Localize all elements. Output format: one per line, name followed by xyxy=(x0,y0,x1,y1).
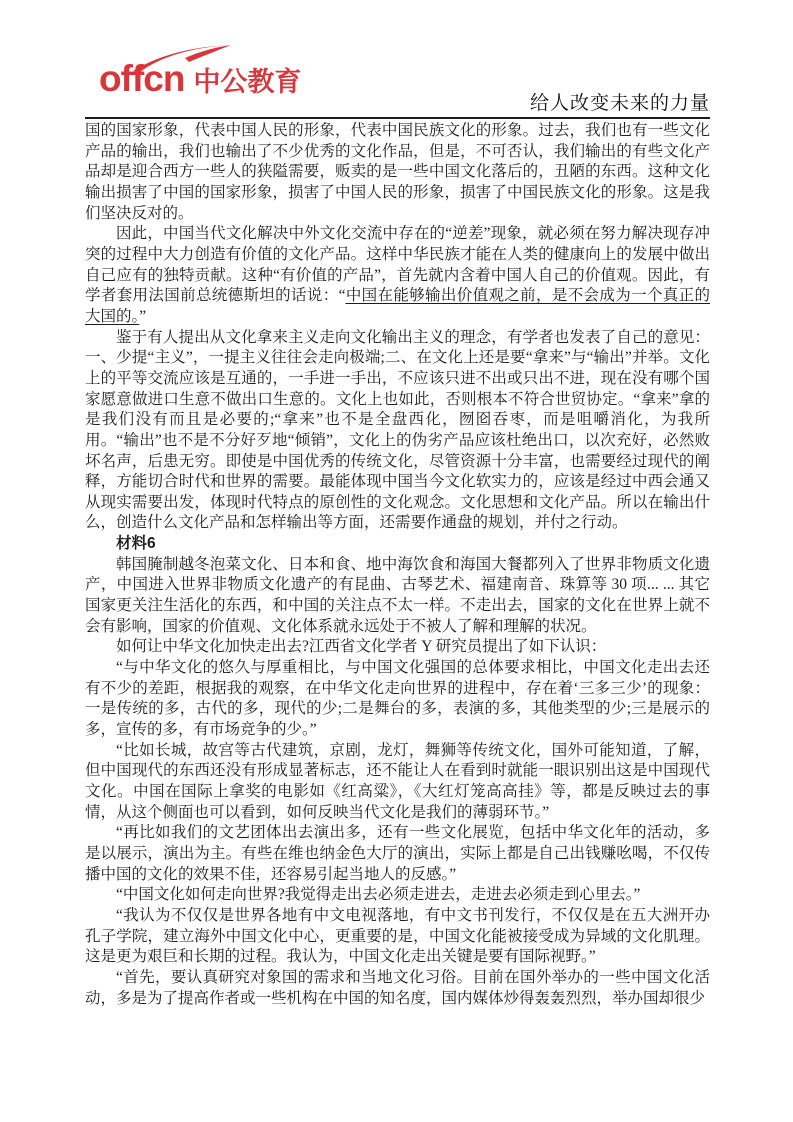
text-segment: ” xyxy=(139,308,146,325)
page-header: offcn中公教育 给人改变未来的力量 xyxy=(85,55,710,119)
header-tagline: 给人改变未来的力量 xyxy=(530,88,710,115)
paragraph-7: “与中华文化的悠久与厚重相比，与中国文化强国的总体要求相比，中国文化走出去还有不… xyxy=(85,658,710,741)
paragraph-1: 国的国家形象，代表中国人民的形象，代表中国民族文化的形象。过去，我们也有一些文化… xyxy=(85,121,710,224)
header-divider xyxy=(85,117,710,119)
text-segment: “首先，要认真研究对象国的需求和当地文化习俗。目前在国外举办的一些中国文化活动，… xyxy=(85,969,710,1007)
paragraph-6: 如何让中华文化加快走出去?江西省文化学者 Y 研究员提出了如下认识： xyxy=(85,637,710,658)
logo-cn-text: 中公教育 xyxy=(193,67,301,97)
paragraph-2: 因此，中国当代文化解决中外文化交流中存在的“逆差”现象，就必须在努力解决现存冲突… xyxy=(85,224,710,327)
text-segment: 韩国腌制越冬泡菜文化、日本和食、地中海饮食和海国大餐都列入了世界非物质文化遗产，… xyxy=(85,556,710,635)
paragraph-10: “中国文化如何走向世界?我觉得走出去必须走进去，走进去必须走到心里去。” xyxy=(85,885,710,906)
paragraph-11: “我认为不仅仅是世界各地有中文电视落地，有中文书刊发行，不仅仅是在五大洲开办孔子… xyxy=(85,906,710,968)
document-page: offcn中公教育 给人改变未来的力量 国的国家形象，代表中国人民的形象，代表中… xyxy=(0,0,793,1122)
text-segment: “中国文化如何走向世界?我觉得走出去必须走进去，走进去必须走到心里去。” xyxy=(116,886,640,903)
text-segment: 鉴于有人提出从文化拿来主义走向文化输出主义的理念，有学者也发表了自己的意见：一、… xyxy=(85,329,710,532)
text-segment: “我认为不仅仅是世界各地有中文电视落地，有中文书刊发行，不仅仅是在五大洲开办孔子… xyxy=(85,907,710,965)
paragraph-3: 鉴于有人提出从文化拿来主义走向文化输出主义的理念，有学者也发表了自己的意见：一、… xyxy=(85,328,710,535)
logo-latin-text: offcn xyxy=(99,58,184,99)
material-heading: 材料6 xyxy=(85,534,710,555)
paragraph-9: “再比如我们的文艺团体出去演出多，还有一些文化展览，包括中华文化年的活动，多是以… xyxy=(85,823,710,885)
paragraph-12: “首先，要认真研究对象国的需求和当地文化习俗。目前在国外举办的一些中国文化活动，… xyxy=(85,968,710,1009)
text-segment: 国的国家形象，代表中国人民的形象，代表中国民族文化的形象。过去，我们也有一些文化… xyxy=(85,122,710,222)
text-segment: 如何让中华文化加快走出去?江西省文化学者 Y 研究员提出了如下认识： xyxy=(116,638,606,655)
text-segment: “比如长城，故宫等古代建筑，京剧，龙灯，舞狮等传统文化，国外可能知道，了解，但中… xyxy=(85,742,710,821)
document-body: 国的国家形象，代表中国人民的形象，代表中国民族文化的形象。过去，我们也有一些文化… xyxy=(85,121,710,1009)
text-segment: “与中华文化的悠久与厚重相比，与中国文化强国的总体要求相比，中国文化走出去还有不… xyxy=(85,659,710,738)
paragraph-8: “比如长城，故宫等古代建筑，京剧，龙灯，舞狮等传统文化，国外可能知道，了解，但中… xyxy=(85,741,710,824)
offcn-logo: offcn中公教育 xyxy=(99,59,301,99)
text-segment: 材料6 xyxy=(116,535,156,552)
text-segment: “再比如我们的文艺团体出去演出多，还有一些文化展览，包括中华文化年的活动，多是以… xyxy=(85,824,710,882)
paragraph-5: 韩国腌制越冬泡菜文化、日本和食、地中海饮食和海国大餐都列入了世界非物质文化遗产，… xyxy=(85,555,710,638)
